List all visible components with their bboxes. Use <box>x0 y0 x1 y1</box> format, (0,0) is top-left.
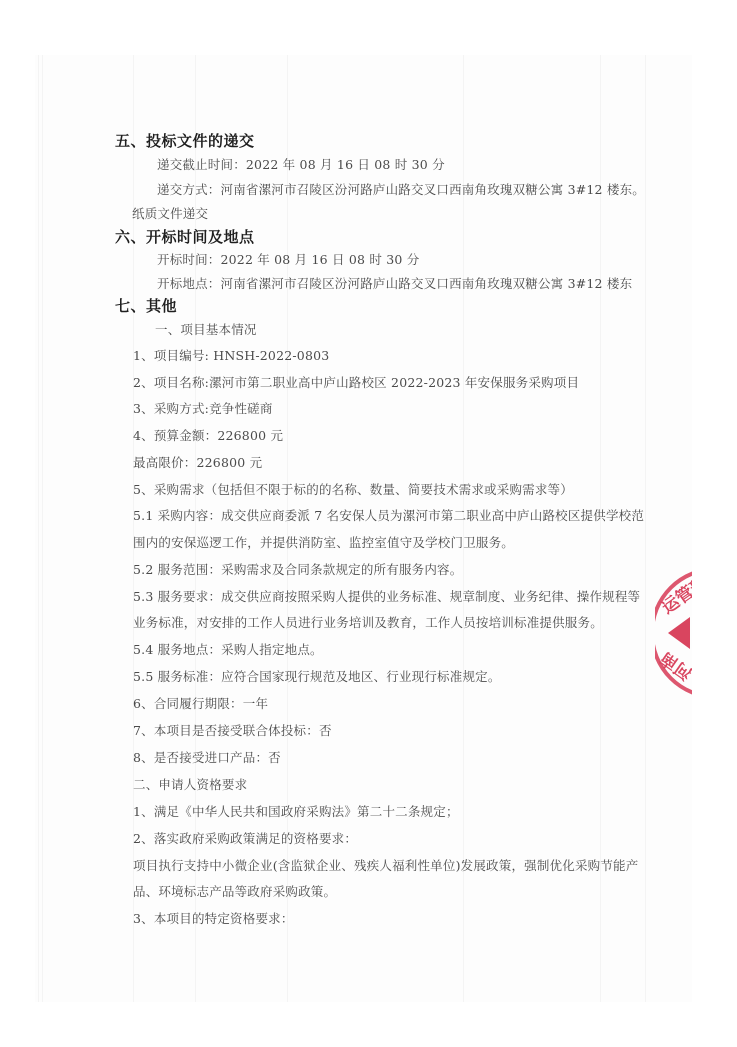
opening-time: 开标时间：2022 年 08 月 16 日 08 时 30 分 <box>157 252 419 268</box>
section-heading-other: 七、其他 <box>115 297 177 315</box>
subheading-basic-info: 一、项目基本情况 <box>155 322 257 338</box>
qualification-policy-detail: 项目执行支持中小微企业(含监狱企业、残疾人福利性单位)发展政策，强制优化采购节能… <box>133 858 600 874</box>
max-price: 最高限价：226800 元 <box>133 455 262 471</box>
qualification-policy: 2、落实政府采购政策满足的资格要求： <box>133 831 357 847</box>
submission-method: 递交方式：河南省漯河市召陵区汾河路庐山路交叉口西南角玫瑰双糖公寓 3#12 楼东… <box>157 182 645 198</box>
budget-amount: 4、预算金额：226800 元 <box>133 428 283 444</box>
opening-location: 开标地点：河南省漯河市召陵区汾河路庐山路交叉口西南角玫瑰双糖公寓 3#12 楼东 <box>157 276 632 292</box>
submission-deadline: 递交截止时间：2022 年 08 月 16 日 08 时 30 分 <box>157 157 445 173</box>
service-requirements-cont: 业务标准，对安排的工作人员进行业务培训及教育，工作人员按培训标准提供服务。 <box>133 615 603 631</box>
consortium-bid: 7、本项目是否接受联合体投标：否 <box>133 723 332 739</box>
project-name: 2、项目名称:漯河市第二职业高中庐山路校区 2022-2023 年安保服务采购项… <box>133 375 579 391</box>
service-requirements: 5.3 服务要求：成交供应商按照采购人提供的业务标准、规章制度、业务纪律、操作规… <box>133 589 600 605</box>
red-seal-stamp: 运管理 河南 <box>655 560 692 710</box>
procurement-content: 5.1 采购内容：成交供应商委派 7 名安保人员为漯河市第二职业高中庐山路校区提… <box>133 508 600 524</box>
section-heading-submission: 五、投标文件的递交 <box>115 132 255 150</box>
qualification-policy-detail-cont: 品、环境标志产品等政府采购政策。 <box>133 884 336 900</box>
contract-period: 6、合同履行期限：一年 <box>133 696 268 712</box>
section-heading-opening: 六、开标时间及地点 <box>115 228 255 246</box>
procurement-method: 3、采购方式:竞争性磋商 <box>133 401 273 417</box>
service-standard: 5.5 服务标准：应符合国家现行规范及地区、行业现行标准规定。 <box>133 669 501 685</box>
stamp-star-icon <box>668 617 690 649</box>
imported-products: 8、是否接受进口产品：否 <box>133 750 281 766</box>
project-number: 1、项目编号: HNSH-2022-0803 <box>133 348 329 364</box>
service-location: 5.4 服务地点：采购人指定地点。 <box>133 642 323 658</box>
procurement-requirements: 5、采购需求（包括但不限于标的的名称、数量、简要技术需求或采购需求等） <box>133 482 573 498</box>
procurement-content-cont: 围内的安保巡逻工作，并提供消防室、监控室值守及学校门卫服务。 <box>133 535 514 551</box>
qualification-specific: 3、本项目的特定资格要求： <box>133 911 294 927</box>
subheading-qualifications: 二、申请人资格要求 <box>133 777 247 793</box>
qualification-law: 1、满足《中华人民共和国政府采购法》第二十二条规定； <box>133 804 459 820</box>
service-scope: 5.2 服务范围：采购需求及合同条款规定的所有服务内容。 <box>133 562 462 578</box>
submission-method-cont: 纸质文件递交 <box>132 206 208 222</box>
